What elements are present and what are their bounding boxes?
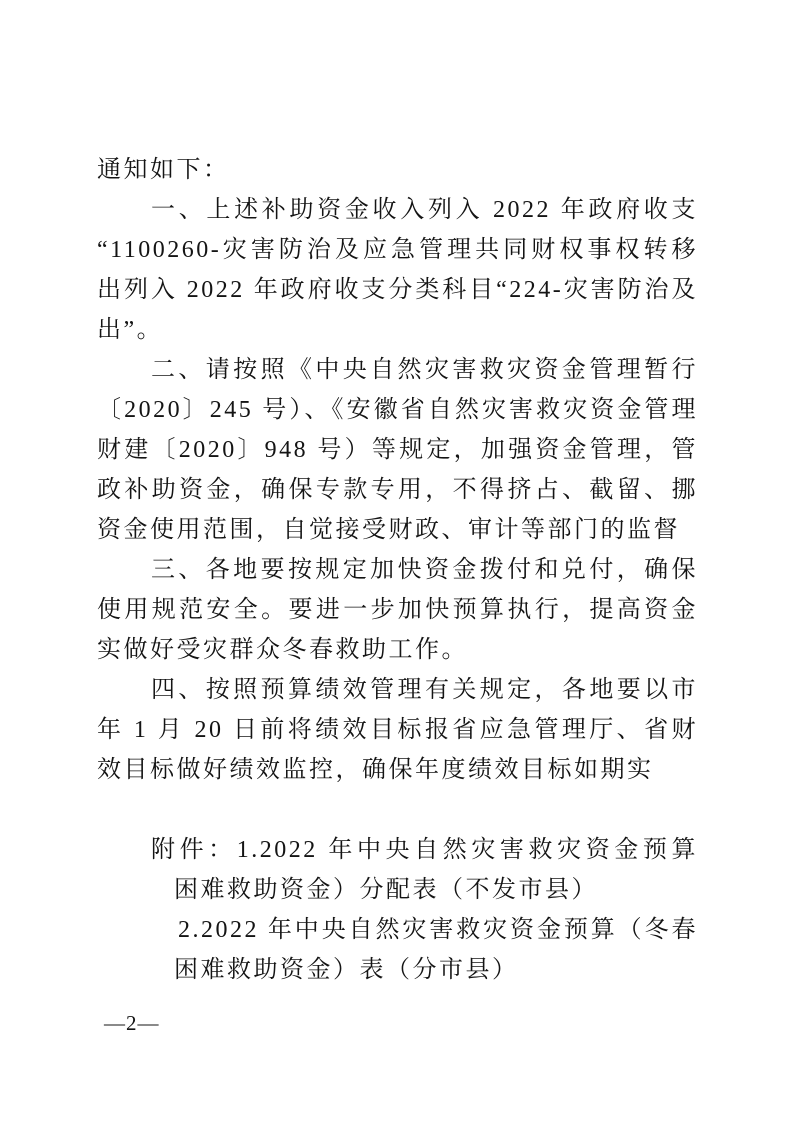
item-2-line: 政补助资金，确保专款专用，不得挤占、截留、挪用和擅自扩大 [97,470,698,510]
item-3-line: 使用规范安全。要进一步加快预算执行，提高资金使用效益，切 [97,590,698,630]
attachment-line: 附件：1.2022 年中央自然灾害救灾资金预算（冬春临时生活 [97,830,698,870]
item-4-line: 年 1 月 20 日前将绩效目标报省应急管理厅、省财政厅，并按照绩 [97,710,698,750]
item-4-line: 四、按照预算绩效管理有关规定，各地要以市为单位于 2023 [97,670,698,710]
attachment-line: 2.2022 年中央自然灾害救灾资金预算（冬春临时生活 [97,910,698,950]
blank-line [97,790,698,830]
item-1-line: 出”。 [97,310,698,350]
item-1-line: 出列入 2022 年政府收支分类科目“224-灾害防治及应急管理支 [97,270,698,310]
attachment-line: 困难救助资金）表（分市县） [97,950,698,990]
item-3-line: 实做好受灾群众冬春救助工作。 [97,630,698,670]
item-4-line: 效目标做好绩效监控，确保年度绩效目标如期实现。 [97,750,698,790]
item-2-line: 二、请按照《中央自然灾害救灾资金管理暂行办法》（财建 [97,350,698,390]
item-2-line: 财建〔2020〕948 号）等规定，加强资金管理，管好用好中央财 [97,430,698,470]
item-3-line: 三、各地要按规定加快资金拨付和兑付，确保资金及时到位、 [97,550,698,590]
item-1-line: “1100260-灾害防治及应急管理共同财权事权转移支付收入”；支 [97,230,698,270]
item-2-line: 〔2020〕245 号）、《安徽省自然灾害救灾资金管理实施细则》（皖 [97,390,698,430]
page-number: —2— [104,1008,160,1038]
intro-line: 通知如下： [97,150,698,190]
document-page: 通知如下： 一、上述补助资金收入列入 2022 年政府收支分类科目 “11002… [0,0,793,1122]
attachment-line: 困难救助资金）分配表（不发市县） [97,870,698,910]
item-1-line: 一、上述补助资金收入列入 2022 年政府收支分类科目 [97,190,698,230]
item-2-line: 资金使用范围，自觉接受财政、审计等部门的监督检查。 [97,510,698,550]
document-body: 通知如下： 一、上述补助资金收入列入 2022 年政府收支分类科目 “11002… [97,150,698,990]
